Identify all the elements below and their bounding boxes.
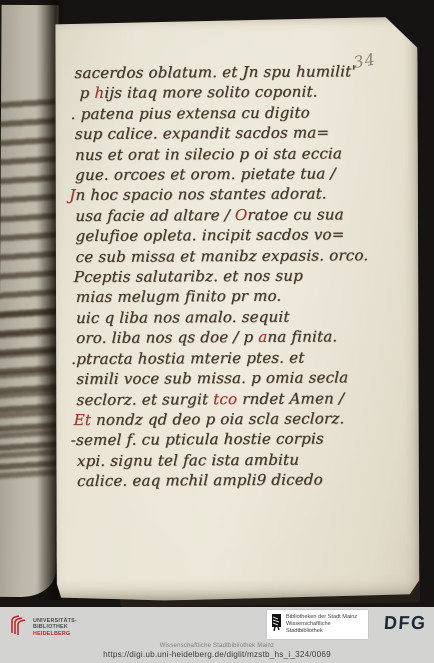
manuscript-line: xpi. signu tel fac ista ambitu — [77, 449, 410, 471]
photo-background: 34 sacerdos oblatum. et Jn spu humilit'p… — [0, 0, 434, 663]
ink-segment: . patena pius extensa cu digito — [71, 103, 311, 122]
manuscript-line: oro. liba nos qs doe / p ana finita. — [76, 326, 409, 348]
footer-bar: UNIVERSITÄTS- BIBLIOTHEK HEIDELBERG Bibl… — [0, 607, 434, 663]
heidelberg-library-logo: UNIVERSITÄTS- BIBLIOTHEK HEIDELBERG — [9, 614, 77, 641]
manuscript-line: simili voce sub missa. p omia secla — [76, 367, 409, 389]
manuscript-line: usa facie ad altare / Oratoe cu sua — [75, 204, 408, 226]
ink-segment: sacerdos oblatum. et Jn spu humilit' — [74, 62, 356, 82]
manuscript-line: sacerdos oblatum. et Jn spu humilit' — [74, 61, 407, 83]
manuscript-line: mias melugm finito pr mo. — [76, 285, 409, 307]
footer-caption: Wissenschaftliche Stadtbibliothek Mainz — [0, 643, 434, 649]
ink-segment: rndet Amen / — [237, 389, 344, 408]
ink-segment: n hoc spacio nos stantes adorat. — [75, 185, 327, 205]
ink-segment: mias melugm finito pr mo. — [76, 287, 282, 306]
ink-segment: ratoe cu sua — [247, 205, 344, 224]
mainz-badge-line1: Bibliotheken der Stadt Mainz — [286, 614, 364, 621]
ink-segment: nus et orat in silecio p oi sta eccia — [75, 144, 343, 164]
manuscript-line: gelufioe opleta. incipit sacdos vo= — [75, 224, 408, 246]
manuscript-line: nus et orat in silecio p oi sta eccia — [75, 143, 408, 165]
rubric-segment: h — [94, 84, 104, 102]
ink-segment: usa facie ad altare / — [75, 206, 235, 225]
heidelberg-logo-text: UNIVERSITÄTS- BIBLIOTHEK HEIDELBERG — [33, 618, 77, 637]
ink-segment: seclorz. et surgit — [76, 390, 213, 409]
manuscript-line: gue. orcoes et orom. pietate tua / — [75, 163, 408, 185]
manuscript-line: .ptracta hostia mterie ptes. et — [71, 347, 409, 369]
manuscript-line: sup calice. expandit sacdos ma= — [75, 122, 408, 144]
manuscript-line: calice. eaq mchil ampli9 dicedo — [77, 469, 410, 491]
ink-segment: nondz qd deo p oia scla seclorz. — [91, 409, 345, 429]
ink-segment: gue. orcoes et orom. pietate tua / — [75, 164, 336, 184]
ink-segment: oro. liba nos qs doe / p — [76, 328, 259, 347]
manuscript-text-block: sacerdos oblatum. et Jn spu humilit'p hi… — [74, 61, 409, 492]
manuscript-line: uic q liba nos amalo. sequit — [76, 306, 409, 328]
manuscript-line: Et nondz qd deo p oia scla seclorz. — [73, 408, 409, 430]
ink-segment: ijs itaq more solito coponit. — [104, 83, 318, 102]
manuscript-line: Jn hoc spacio nos stantes adorat. — [69, 183, 408, 205]
heidelberg-book-icon — [9, 614, 29, 641]
manuscript-line: -semel f. cu pticula hostie corpis — [71, 428, 410, 450]
heidelberg-logo-line3: HEIDELBERG — [33, 631, 77, 637]
rubric-segment: O — [235, 206, 248, 224]
mainz-badge-text: Bibliotheken der Stadt Mainz Wissenschaf… — [286, 614, 364, 635]
ink-segment: ce sub missa et manibz expasis. orco. — [75, 246, 368, 266]
ink-segment: -semel f. cu pticula hostie corpis — [71, 430, 325, 450]
manuscript-line: . patena pius extensa cu digito — [71, 102, 408, 124]
footer-url: https://digi.ub.uni-heidelberg.de/diglit… — [0, 650, 434, 659]
rubric-segment: Et — [73, 411, 91, 429]
manuscript-line: Pceptis salutaribz. et nos sup — [74, 265, 409, 287]
manuscript-line: p hijs itaq more solito coponit. — [79, 81, 407, 103]
mainz-library-badge: Bibliotheken der Stadt Mainz Wissenschaf… — [267, 610, 368, 639]
ink-segment: gelufioe opleta. incipit sacdos vo= — [75, 226, 344, 246]
ink-segment: na finita. — [267, 328, 337, 346]
ink-segment: uic q liba nos amalo. sequit — [76, 308, 290, 327]
ink-segment: Pceptis salutaribz. et nos sup — [74, 267, 304, 286]
ink-segment: calice. eaq mchil ampli9 dicedo — [77, 471, 323, 491]
ink-segment: sup calice. expandit sacdos ma= — [75, 124, 330, 144]
manuscript-page: 34 sacerdos oblatum. et Jn spu humilit'p… — [53, 17, 421, 601]
ink-segment: p — [79, 84, 94, 102]
ink-segment: .ptracta hostia mterie ptes. et — [71, 348, 305, 367]
rubric-segment: tco — [213, 389, 238, 407]
mainz-badge-line2: Wissenschaftliche Stadtbibliothek — [286, 621, 364, 635]
mainz-library-icon — [271, 614, 282, 636]
dfg-logo: DFG — [383, 613, 427, 635]
ink-segment: xpi. signu tel fac ista ambitu — [77, 450, 300, 469]
manuscript-line: seclorz. et surgit tco rndet Amen / — [76, 387, 409, 409]
manuscript-line: ce sub missa et manibz expasis. orco. — [75, 245, 408, 267]
ink-segment: simili voce sub missa. p omia secla — [76, 368, 348, 388]
